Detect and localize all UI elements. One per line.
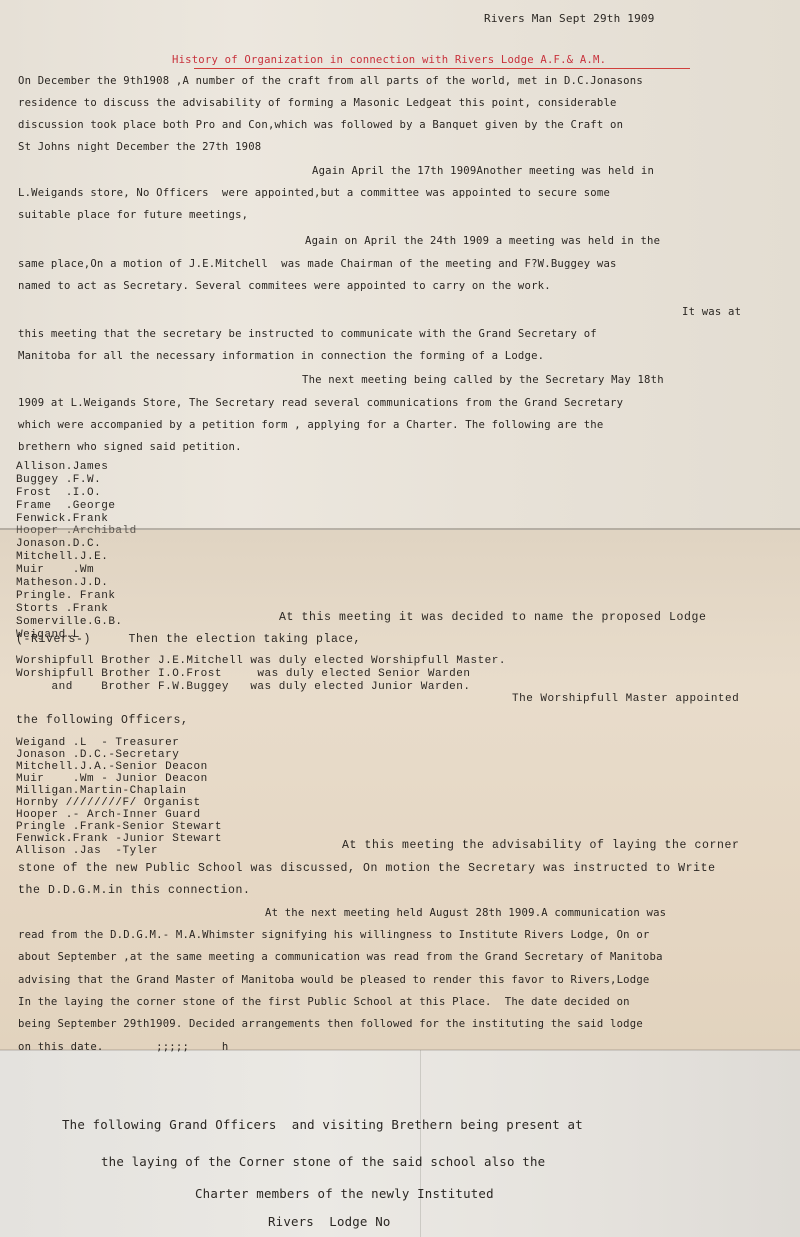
petitioner: Pringle. Frank [16,590,115,603]
officer: Hooper .- Arch-Inner Guard [16,809,201,822]
officers-intro: the following Officers, [16,714,189,727]
officer: Milligan.Martin-Chaplain [16,785,186,798]
document-title: History of Organization in connection wi… [172,54,606,66]
paragraph-7-line: about September ,at the same meeting a c… [18,951,663,963]
petitioner: Storts .Frank [16,603,108,616]
officer: Allison .Jas -Tyler [16,845,158,858]
title-underline [194,68,690,69]
officer: Jonason .D.C.-Secretary [16,749,179,762]
petitioner: Frame .George [16,500,115,513]
paragraph-3-line: Again on April the 24th 1909 a meeting w… [305,235,660,247]
paragraph-2-line: suitable place for future meetings, [18,209,248,221]
officer: Hornby ////////F/ Organist [16,797,201,810]
petitioner: Allison.James [16,461,108,474]
paper-crease [420,1050,421,1237]
paragraph-4-line: It was at [682,306,741,318]
paragraph-7-line: being September 29th1909. Decided arrang… [18,1018,643,1030]
paragraph-2-line: Again April the 17th 1909Another meeting… [312,165,654,177]
petitioner: Fenwick.Frank [16,513,108,526]
petitioner: Buggey .F.W. [16,474,101,487]
paragraph-4-line: Manitoba for all the necessary informati… [18,350,544,362]
paragraph-5-line: which were accompanied by a petition for… [18,419,603,431]
paragraph-7-line: In the laying the corner stone of the fi… [18,996,630,1008]
paragraph-4-line: this meeting that the secretary be instr… [18,328,597,340]
document-sheet-3 [0,1050,800,1237]
paragraph-6-line: At this meeting the advisability of layi… [342,839,740,852]
paragraph-2-line: L.Weigands store, No Officers were appoi… [18,187,610,199]
page-3-line: Rivers Lodge No [268,1214,391,1229]
petitioner: Mitchell.J.E. [16,551,108,564]
officer: Weigand .L - Treasurer [16,737,179,750]
paragraph-7-line: advising that the Grand Master of Manito… [18,974,650,986]
petitioner: Frost .I.O. [16,487,101,500]
officer: Pringle .Frank-Senior Stewart [16,821,222,834]
lodge-name-line: (-Rivers-) Then the election taking plac… [16,633,361,646]
petitioner: Matheson.J.D. [16,577,108,590]
paragraph-3-line: named to act as Secretary. Several commi… [18,280,551,292]
paragraph-7-line: read from the D.D.G.M.- M.A.Whimster sig… [18,929,650,941]
naming-line: At this meeting it was decided to name t… [279,611,707,624]
page-3-line: The following Grand Officers and visitin… [62,1117,583,1132]
officer: Mitchell.J.A.-Senior Deacon [16,761,208,774]
paragraph-1-line: residence to discuss the advisability of… [18,97,617,109]
petitioner: Hooper .Archibald [16,525,137,538]
appointed-line: The Worshipfull Master appointed [512,693,739,706]
paragraph-1-line: discussion took place both Pro and Con,w… [18,119,623,131]
paragraph-5-line: brethern who signed said petition. [18,441,242,453]
officer: Muir .Wm - Junior Deacon [16,773,208,786]
page-3-line: Charter members of the newly Instituted [195,1186,494,1201]
paragraph-7-line: At the next meeting held August 28th 190… [265,907,666,919]
officer: Fenwick.Frank -Junior Stewart [16,833,222,846]
petitioner: Jonason.D.C. [16,538,101,551]
paragraph-6-line: stone of the new Public School was discu… [18,862,716,875]
paragraph-1-line: St Johns night December the 27th 1908 [18,141,261,153]
election-line: and Brother F.W.Buggey was duly elected … [16,681,470,694]
paragraph-6-line: the D.D.G.M.in this connection. [18,884,251,897]
paragraph-3-line: same place,On a motion of J.E.Mitchell w… [18,258,617,270]
paragraph-5-line: 1909 at L.Weigands Store, The Secretary … [18,397,623,409]
paragraph-1-line: On December the 9th1908 ,A number of the… [18,75,643,87]
election-line: Worshipfull Brother I.O.Frost was duly e… [16,668,470,681]
paragraph-7-line: on this date. ;;;;; h [18,1041,229,1053]
dateline: Rivers Man Sept 29th 1909 [484,12,655,25]
election-line: Worshipfull Brother J.E.Mitchell was dul… [16,655,506,668]
petitioner: Somerville.G.B. [16,616,123,629]
paragraph-5-line: The next meeting being called by the Sec… [302,374,664,386]
petitioner: Muir .Wm [16,564,94,577]
page-3-line: the laying of the Corner stone of the sa… [101,1154,545,1169]
